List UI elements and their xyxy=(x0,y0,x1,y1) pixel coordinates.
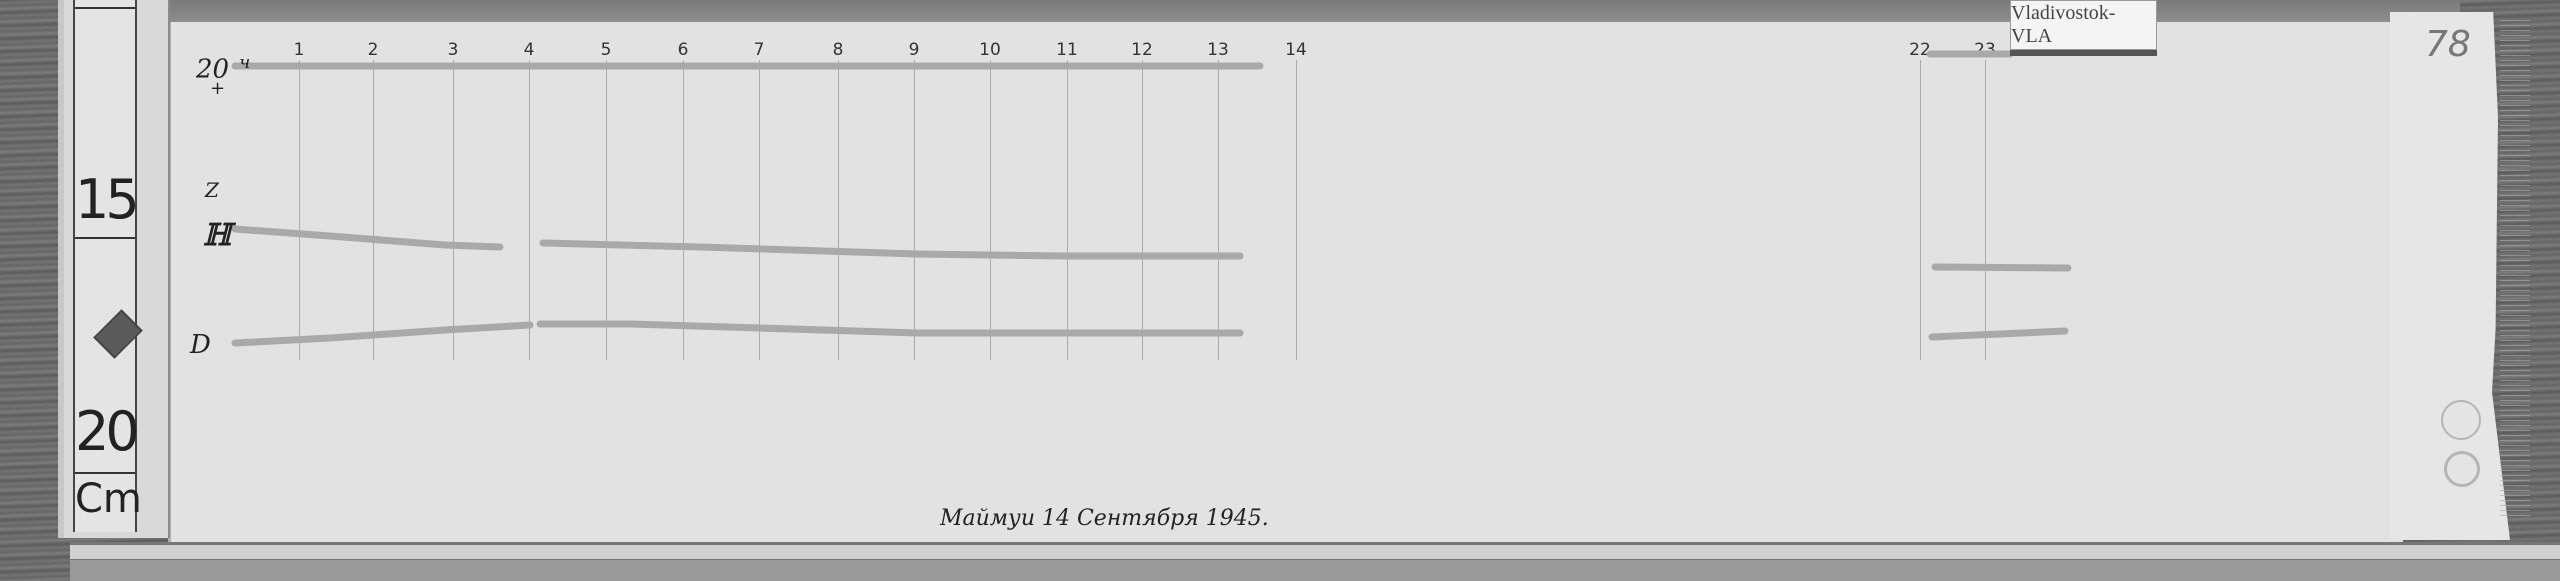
scale-value-20: 20 xyxy=(75,400,135,463)
trace-plot xyxy=(0,0,2560,581)
sheet-number: 78 xyxy=(2425,24,2471,65)
trace-d xyxy=(1932,331,2065,337)
punch-hole-icon xyxy=(2441,400,2481,440)
trace-label-h: ℍ xyxy=(203,218,231,253)
bottom-rail-lower xyxy=(70,560,2560,581)
station-label: Vladivostok-VLA xyxy=(2010,0,2157,50)
trace-h xyxy=(543,243,1240,256)
punch-hole-icon xyxy=(2444,451,2480,487)
trace-h xyxy=(235,229,500,247)
plus-mark: + xyxy=(210,78,225,99)
scale-value-15: 15 xyxy=(75,168,135,231)
scale-divider xyxy=(75,472,135,474)
trace-d xyxy=(540,324,1240,333)
scale-divider xyxy=(75,7,135,9)
date-annotation: Маймуи 14 Сентября 1945. xyxy=(940,506,1269,531)
hour-suffix: ч xyxy=(239,52,250,73)
trace-d xyxy=(235,325,530,343)
bottom-rail xyxy=(70,542,2560,562)
scale-column: 15 20 Cm xyxy=(73,0,137,532)
scale-bar: 15 20 Cm xyxy=(58,0,170,538)
trace-label-d: D xyxy=(190,330,211,360)
trace-h xyxy=(1935,267,2068,268)
scale-divider xyxy=(75,237,135,239)
scale-unit: Cm xyxy=(75,476,141,522)
station-name: Vladivostok-VLA xyxy=(2011,2,2156,48)
trace-label-z: Z xyxy=(205,178,219,202)
